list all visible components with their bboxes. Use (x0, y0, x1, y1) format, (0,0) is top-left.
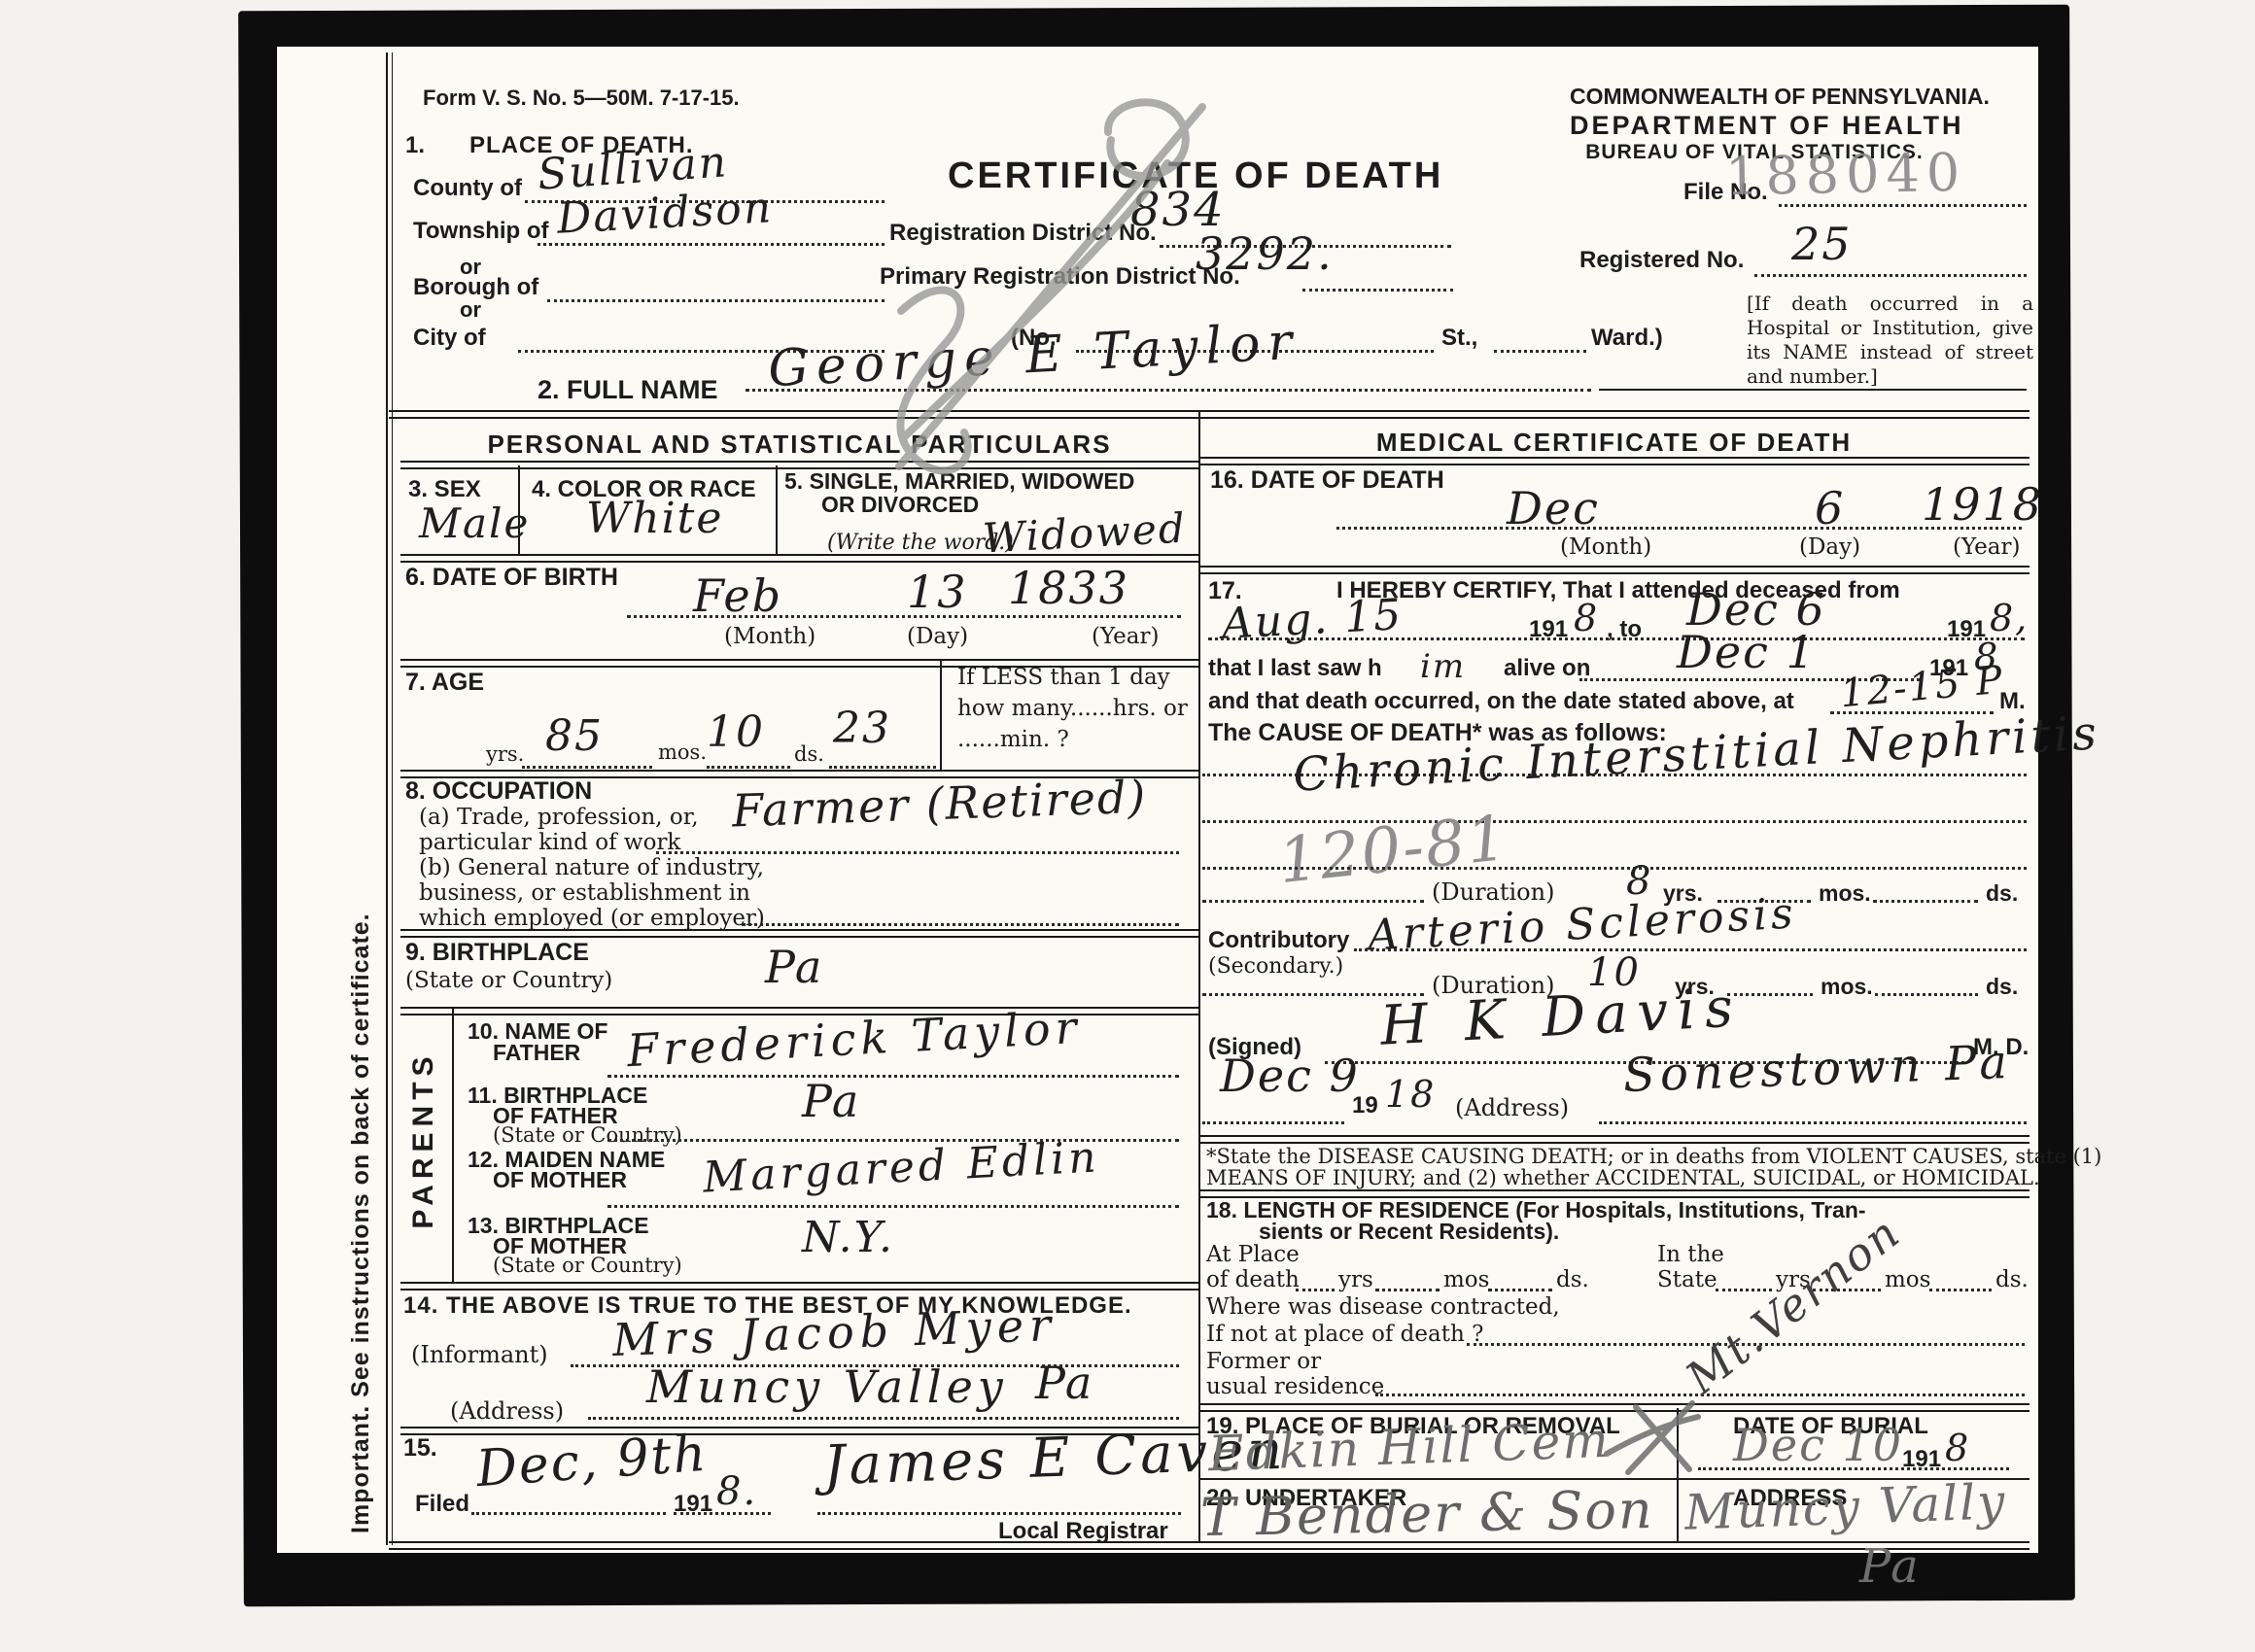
dob-month-label: (Month) (724, 624, 815, 649)
attended-line (1208, 637, 2025, 640)
father-bp-value: Pa (802, 1075, 860, 1127)
at-place-mos: mos (1443, 1267, 1489, 1292)
cause-line-3 (1202, 867, 2027, 870)
full-name-value: George E Taylor (767, 313, 1301, 399)
township-line (538, 243, 885, 246)
parents-divider (452, 1007, 454, 1282)
age-less-note-2: how many......hrs. or (957, 696, 1188, 721)
father-bp-label-3: (State or Country) (493, 1123, 682, 1147)
at-place-line-c (1488, 1289, 1552, 1291)
in-the-label-2: State (1657, 1267, 1717, 1292)
dod-day-label: (Day) (1799, 534, 1860, 560)
township-label: Township of (413, 218, 549, 245)
dob-year-label: (Year) (1092, 624, 1159, 649)
former-label-1: Former or (1206, 1349, 1321, 1374)
sex-value: Male (419, 499, 530, 547)
in-the-line-c (1929, 1289, 1992, 1291)
attended-from-year-hw: 8 (1574, 597, 1599, 639)
marital-label-1: 5. SINGLE, MARRIED, WIDOWED (784, 468, 1134, 495)
father-name-line (607, 1075, 1179, 1078)
duration-1-mos-label: mos. (1819, 880, 1871, 907)
last-saw-date: Dec 1 (1677, 626, 1817, 678)
occupation-b1: (b) General nature of industry, (419, 855, 764, 880)
occupation-a1: (a) Trade, profession, or, (419, 805, 699, 830)
marital-label-2: OR DIVORCED (821, 492, 979, 518)
dob-year: 1833 (1008, 562, 1129, 614)
duration-2-mos-label: mos. (1821, 974, 1873, 1000)
signed-year-printed: 19 (1352, 1092, 1378, 1119)
or-label-2: or (460, 297, 481, 323)
occupation-rule (400, 929, 1198, 938)
duration-1-ds-label: ds. (1986, 880, 2018, 907)
registration-district-label: Registration District No. (889, 220, 1157, 247)
at-place-line-a (1296, 1289, 1335, 1291)
section-18-label-2: sients or Recent Residents). (1259, 1219, 1559, 1245)
age-ds-line (829, 766, 936, 769)
duration-2-line-b (1875, 993, 1978, 996)
occupation-b2: business, or establishment in (419, 880, 750, 906)
dod-rule (1198, 566, 2029, 574)
dob-day: 13 (907, 566, 968, 618)
dob-month: Feb (693, 569, 782, 622)
in-the-ds: ds. (1995, 1267, 2029, 1292)
section-1-number: 1. (405, 132, 425, 159)
signed-year-hw: 18 (1385, 1073, 1436, 1116)
in-the-mos: mos (1885, 1267, 1930, 1292)
in-the-line-a (1716, 1289, 1772, 1291)
medical-section-title: MEDICAL CERTIFICATE OF DEATH (1198, 428, 2029, 458)
occupation-b3: which employed (or employer) (419, 906, 765, 931)
ward-label: Ward.) (1591, 325, 1663, 352)
contributory-label: Contributory (1208, 927, 1349, 954)
birthplace-sub: (State or Country) (405, 968, 612, 993)
registered-no-line (1754, 274, 2027, 277)
header-bottom-rule (389, 410, 2029, 419)
age-mos-value: 10 (707, 707, 765, 757)
residence-rule (1198, 1403, 2029, 1412)
attended-to-year-hw: 8, (1990, 597, 2029, 639)
county-label: County of (413, 175, 522, 202)
informant-address-state: Pa (1035, 1357, 1093, 1409)
burial-year-hw: 8 (1945, 1427, 1970, 1469)
former-label-2: usual residence (1206, 1374, 1384, 1399)
informant-address-line (588, 1417, 1179, 1420)
informant-address-label: (Address) (450, 1397, 564, 1425)
signed-rule (1198, 1135, 2029, 1144)
in-the-label-1: In the (1657, 1242, 1724, 1267)
registered-no-value: 25 (1791, 218, 1853, 270)
duration-2-ds-label: ds. (1986, 974, 2018, 1000)
footnote-line-1: *State the DISEASE CAUSING DEATH; or in … (1206, 1145, 2101, 1168)
secondary-label: (Secondary.) (1208, 954, 1343, 979)
last-saw-label: that I last saw h (1208, 655, 1382, 682)
informant-address-value: Muncy Valley (646, 1360, 1008, 1413)
duration-1-lead (1202, 900, 1424, 903)
filed-line-1 (471, 1512, 666, 1515)
birthplace-label: 9. BIRTHPLACE (405, 939, 589, 967)
age-ds-value: 23 (833, 704, 891, 753)
dod-year: 1918 (1922, 478, 2043, 531)
race-marital-divider (776, 465, 778, 556)
age-less-divider (940, 659, 942, 770)
street-line (1494, 350, 1586, 353)
left-border-rule (386, 52, 393, 1545)
age-yrs-label: yrs. (486, 742, 524, 766)
filed-line-2 (674, 1512, 771, 1515)
mother-bp-value: N.Y. (802, 1213, 894, 1262)
burial-date-line (1698, 1467, 2009, 1470)
mother-name-value: Margared Edlin (702, 1132, 1101, 1202)
registered-no-label: Registered No. (1579, 247, 1744, 274)
occupation-a2: particular kind of work (419, 830, 680, 855)
residence-pencil-value: Mt.Vernon (1676, 1206, 1910, 1405)
undertaker-divider (1677, 1478, 1679, 1541)
duration-1-line-b (1873, 900, 1978, 903)
signed-date-line (1202, 1121, 1344, 1124)
registrar-line (817, 1512, 1181, 1515)
race-value: White (586, 494, 723, 543)
contributory-line (1354, 948, 2027, 951)
age-mos-line (707, 766, 790, 769)
borough-line (547, 299, 885, 302)
dod-line (1336, 527, 2022, 530)
if-not-label: If not at place of death ? (1206, 1322, 1483, 1347)
mother-bp-label-3: (State or Country) (493, 1254, 682, 1277)
burial-divider (1677, 1408, 1679, 1478)
dod-year-label: (Year) (1953, 534, 2020, 560)
dod-label: 16. DATE OF DEATH (1210, 466, 1444, 495)
last-saw-him-hw: im (1420, 647, 1466, 686)
age-yrs-value: 85 (545, 711, 604, 761)
occupation-b-line (742, 923, 1179, 926)
medical-title-rule (1198, 457, 2029, 465)
burial-date-value: Dec 10 (1733, 1419, 1903, 1471)
filed-year-hw: 8. (716, 1469, 757, 1514)
full-name-line-2 (1599, 389, 2027, 391)
pencil-x-stroke-b (1636, 1407, 1689, 1469)
street-label: St., (1441, 325, 1477, 352)
occupation-label: 8. OCCUPATION (405, 777, 592, 806)
age-mos-label: mos. (658, 740, 707, 764)
form-number: Form V. S. No. 5—50M. 7-17-15. (423, 86, 740, 111)
informant-label: (Informant) (411, 1341, 548, 1368)
dob-label: 6. DATE OF BIRTH (405, 564, 618, 592)
occupation-value: Farmer (Retired) (731, 771, 1148, 838)
undertaker-address-value: Muncy Vally (1683, 1473, 2007, 1541)
pencil-9-tail (904, 163, 1167, 437)
at-place-label-2: of death (1206, 1267, 1300, 1292)
where-contracted-label: Where was disease contracted, (1206, 1294, 1560, 1320)
signed-date: Dec 9 (1220, 1050, 1360, 1102)
dod-month-label: (Month) (1560, 534, 1651, 560)
mother-name-label-2: OF MOTHER (493, 1167, 627, 1193)
alive-on-label: alive on (1504, 655, 1590, 682)
age-label: 7. AGE (405, 669, 484, 697)
death-occurred-label: and that death occurred, on the date sta… (1208, 688, 1794, 715)
filed-label: Filed (415, 1491, 469, 1518)
full-name-label: 2. FULL NAME (538, 375, 718, 405)
age-less-note-1: If LESS than 1 day (957, 665, 1170, 690)
primary-district-value: 3292. (1196, 227, 1334, 280)
primary-district-line (1302, 289, 1453, 292)
physician-address-line (1599, 1121, 2027, 1124)
township-value: Davidson (556, 183, 774, 244)
age-less-note-3: ......min. ? (957, 727, 1069, 752)
file-no-stamp: 188040 (1724, 142, 1966, 207)
death-time-value: 12-15 P (1838, 658, 2005, 717)
undertaker-address-state: Pa (1859, 1539, 1921, 1594)
footnote-line-2: MEANS OF INJURY; and (2) whether ACCIDEN… (1206, 1166, 2040, 1189)
at-place-line-b (1375, 1289, 1440, 1291)
parents-bottom-rule (400, 1282, 1198, 1291)
dob-day-label: (Day) (907, 624, 968, 649)
physician-address-label: (Address) (1455, 1094, 1569, 1121)
primary-district-label: Primary Registration District No. (880, 263, 1240, 291)
column-divider (1198, 410, 1200, 1543)
pencil-x-stroke-a (1628, 1403, 1692, 1472)
department-line: DEPARTMENT OF HEALTH (1570, 111, 1939, 141)
at-place-ds: ds. (1556, 1267, 1589, 1292)
at-place-yrs: yrs (1338, 1267, 1373, 1292)
section-15-number: 15. (403, 1434, 437, 1463)
occupation-a-line (656, 851, 1179, 854)
father-name-label-2: FATHER (493, 1040, 580, 1066)
commonwealth-line: COMMONWEALTH OF PENNSYLVANIA. (1570, 84, 1939, 110)
side-instruction-note: Important. See instructions on back of c… (347, 461, 375, 1533)
personal-section-title: PERSONAL AND STATISTICAL PARTICULARS (400, 430, 1198, 460)
pencil-flourish (1607, 1417, 1698, 1454)
city-label: City of (413, 325, 486, 352)
birthplace-value: Pa (765, 941, 823, 993)
undertaker-value: T Bender & Son (1199, 1479, 1654, 1548)
physician-address-value: Sonestown Pa (1622, 1035, 2013, 1103)
parents-vertical-label: PARENTS (407, 1013, 440, 1267)
filed-date-value: Dec, 9th (474, 1425, 710, 1498)
at-place-label-1: At Place (1206, 1242, 1300, 1267)
scanned-death-certificate: { "colors":{"ink":"#1c1c1c","pencil":"#8… (0, 0, 2255, 1652)
certificate-paper: Important. See instructions on back of c… (277, 47, 2038, 1553)
age-yrs-line (522, 766, 652, 769)
age-ds-label: ds. (794, 742, 824, 766)
mother-name-line (607, 1205, 1179, 1208)
hospital-note: [If death occurred in a Hospital or Inst… (1747, 292, 2033, 389)
